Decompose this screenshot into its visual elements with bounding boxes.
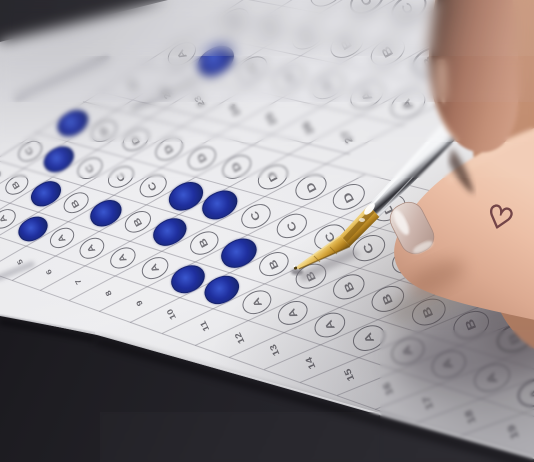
photo-scene: BCABD3ACD4BCD5ACD6ABD7AD8ABCD9CD10BCD11A… [0, 0, 534, 462]
pen-collar-glint [359, 218, 365, 222]
pen-tip-glint [294, 265, 296, 267]
hand-and-pen-layer: ♡ [0, 0, 534, 462]
pen-contact-shadow [291, 269, 303, 275]
